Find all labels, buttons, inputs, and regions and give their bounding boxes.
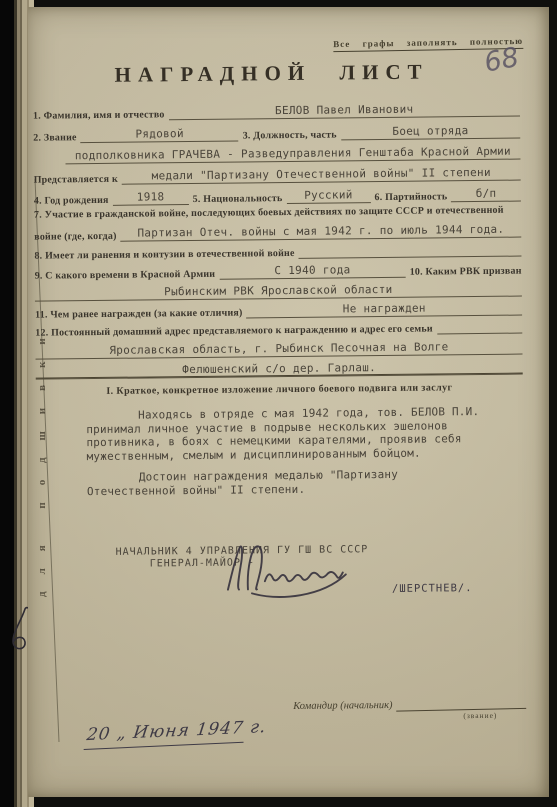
field-presented-row: Представляется к медали "Партизану Отече… xyxy=(34,166,521,186)
home-address-line1-row: Ярославская область, г. Рыбинск Песочная… xyxy=(35,340,522,360)
army-since-value: С 1940 года xyxy=(219,263,406,280)
field-wounds-row: 8. Имеет ли ранения и контузии в отечест… xyxy=(34,243,521,262)
rvk-value: Рыбинским РВК Ярославской области xyxy=(35,282,522,302)
commander-signature-line xyxy=(397,708,527,712)
signatory-surname: /ШЕРСТНЕВ/. xyxy=(392,582,473,595)
party-label: 6. Партийность xyxy=(374,191,447,203)
rank-value: Рядовой xyxy=(81,127,239,144)
page-content: Все графы заполнять полностью 68 НАГРАДН… xyxy=(24,4,553,799)
home-address-line1: Ярославская область, г. Рыбинск Песочная… xyxy=(35,340,522,360)
army-since-label: 9. С какого времени в Красной Армии xyxy=(35,269,216,282)
nationality-label: 5. Национальность xyxy=(193,193,283,205)
war-participation-value: Партизан Отеч. войны с мая 1942 г. по ию… xyxy=(120,223,521,242)
rank-hint-label: (звание) xyxy=(463,711,497,720)
feat-section-heading: I. Краткое, конкретное изложение личного… xyxy=(36,382,523,398)
field-war-participation-row2: войне (где, когда) Партизан Отеч. войны … xyxy=(34,223,521,243)
wounds-label: 8. Имеет ли ранения и контузии в отечест… xyxy=(34,248,294,262)
rvk-value-row: Рыбинским РВК Ярославской области xyxy=(35,282,522,302)
party-value: б/п xyxy=(451,187,521,203)
field-army-service-row: 9. С какого времени в Красной Армии С 19… xyxy=(35,262,522,282)
position-continuation-row: подполковника ГРАЧЕВА - Разведуправления… xyxy=(65,145,520,165)
nationality-value: Русский xyxy=(286,188,370,204)
field-home-address-row: 12. Постоянный домашний адрес представля… xyxy=(35,320,522,339)
rvk-label: 10. Каким РВК призван xyxy=(410,266,522,278)
field-previous-awards-row: 11. Чем ранее награжден (за какие отличи… xyxy=(35,301,522,321)
commander-label: Командир (начальник) xyxy=(293,700,392,712)
home-address-blank xyxy=(437,320,523,335)
handwritten-signature xyxy=(217,536,368,600)
fullname-value: БЕЛОВ Павел Иванович xyxy=(168,102,520,121)
award-sheet-page: для подшивки Все графы заполнять полност… xyxy=(28,7,549,797)
field-rank-position-row: 2. Звание Рядовой 3. Должность, часть Бо… xyxy=(33,124,520,144)
document-title: НАГРАДНОЙ ЛИСТ xyxy=(114,60,414,88)
handwritten-page-number: 68 xyxy=(482,42,521,79)
scanned-award-document: { "doc": { "fill_note": "Все графы запол… xyxy=(0,0,557,807)
rank-label: 2. Звание xyxy=(33,132,77,143)
field-fullname-row: 1. Фамилия, имя и отчество БЕЛОВ Павел И… xyxy=(33,102,520,122)
war-participation-label-line1: 7. Участие в гражданской войне, последую… xyxy=(34,205,504,221)
position-value-continuation: подполковника ГРАЧЕВА - Разведуправления… xyxy=(65,145,520,165)
presented-label: Представляется к xyxy=(34,174,118,186)
home-address-label: 12. Постоянный домашний адрес представля… xyxy=(35,323,433,338)
previous-awards-value: Не награжден xyxy=(246,301,522,319)
birth-year-label: 4. Год рождения xyxy=(34,195,109,207)
feat-paragraph-2: Достоин награждения медалью "Партизану О… xyxy=(87,467,489,498)
field-war-participation-row1: 7. Участие в гражданской войне, последую… xyxy=(34,205,521,221)
handwritten-date: 20 „ Июня 1947 г. xyxy=(86,715,320,745)
feat-paragraph-1: Находясь в отряде с мая 1942 года, тов. … xyxy=(86,405,489,463)
previous-awards-label: 11. Чем ранее награжден (за какие отличи… xyxy=(35,307,243,320)
position-value: Боец отряда xyxy=(341,124,521,141)
fullname-label: 1. Фамилия, имя и отчество xyxy=(33,109,165,121)
field-birth-nationality-party-row: 4. Год рождения 1918 5. Национальность Р… xyxy=(34,187,521,207)
wounds-value xyxy=(299,243,522,259)
birth-year-value: 1918 xyxy=(113,190,189,206)
war-participation-label-line2: войне (где, когда) xyxy=(34,231,116,243)
position-label: 3. Должность, часть xyxy=(243,129,337,141)
presented-value: медали "Партизану Отечественной войны" I… xyxy=(122,166,521,185)
